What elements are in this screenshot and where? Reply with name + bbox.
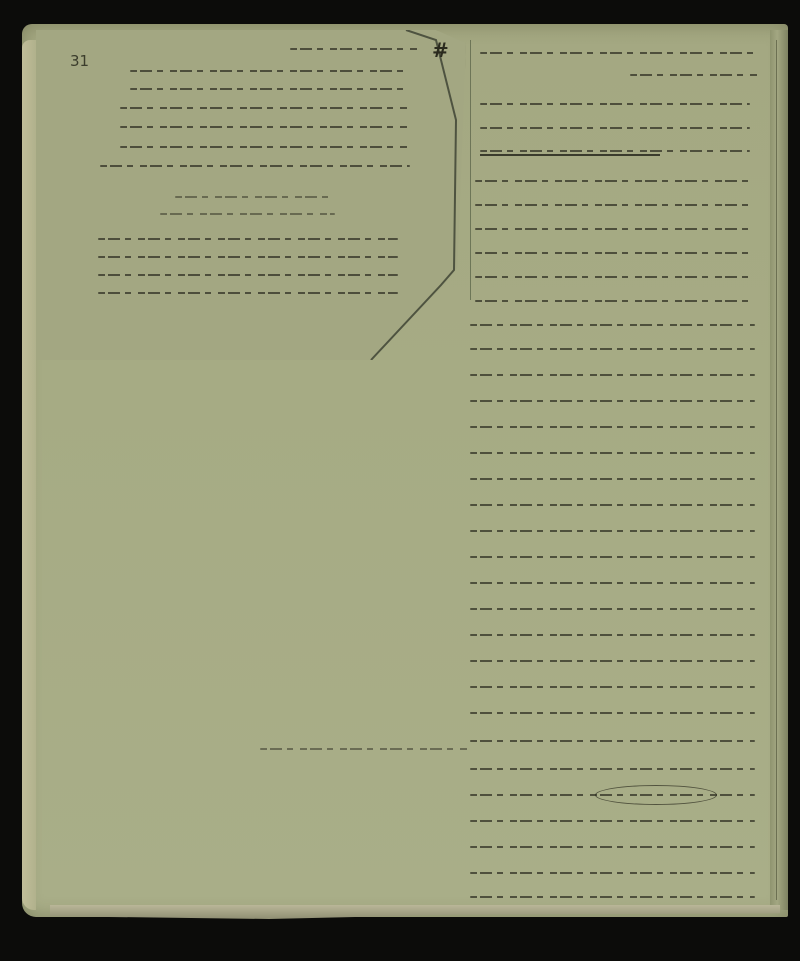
handwritten-line (470, 608, 755, 610)
circled-annotation (595, 785, 717, 805)
handwritten-line (470, 768, 755, 770)
handwritten-line (475, 228, 755, 230)
handwritten-line (475, 300, 755, 302)
binding-edge (770, 30, 788, 910)
table-row (98, 292, 398, 294)
handwritten-line (470, 504, 755, 506)
handwritten-line (475, 276, 755, 278)
strikethrough (480, 154, 660, 156)
handwritten-line (470, 348, 755, 350)
handwritten-line (480, 103, 750, 105)
handwritten-line (470, 686, 755, 688)
handwritten-line (175, 196, 335, 198)
handwritten-line (470, 530, 755, 532)
handwritten-line (470, 872, 755, 874)
handwritten-line (120, 126, 410, 128)
page-number: 31 (70, 52, 89, 70)
handwritten-line (470, 582, 755, 584)
handwritten-line (290, 48, 420, 50)
handwritten-line (480, 52, 760, 54)
table-row (98, 274, 398, 276)
handwritten-line (130, 88, 410, 90)
handwritten-line (470, 846, 755, 848)
binding-line (776, 40, 777, 900)
handwritten-line (120, 107, 410, 109)
handwritten-line (475, 204, 755, 206)
handwritten-line (470, 478, 755, 480)
handwritten-line (470, 634, 755, 636)
marginal-hash-mark: # (432, 38, 449, 62)
handwritten-line (120, 146, 410, 148)
handwritten-line (470, 820, 755, 822)
handwritten-line (100, 165, 410, 167)
page-edge (22, 40, 36, 910)
handwritten-line (480, 150, 750, 152)
handwritten-line (470, 896, 755, 898)
handwritten-line (470, 324, 755, 326)
handwritten-line (470, 660, 755, 662)
handwritten-line (630, 74, 760, 76)
handwritten-line (160, 213, 335, 215)
column-rule (470, 40, 471, 300)
handwritten-line (475, 252, 755, 254)
handwritten-line (470, 740, 755, 742)
handwritten-line (470, 426, 755, 428)
table-row (98, 238, 398, 240)
table-row (98, 256, 398, 258)
handwritten-line (470, 400, 755, 402)
handwritten-line (470, 712, 755, 714)
pasted-slip (36, 30, 466, 360)
handwritten-line (475, 180, 755, 182)
handwritten-line (470, 374, 755, 376)
handwritten-line (130, 70, 410, 72)
handwritten-line (470, 556, 755, 558)
marginal-annotation-line (260, 748, 470, 750)
handwritten-line (470, 452, 755, 454)
handwritten-line (480, 127, 750, 129)
